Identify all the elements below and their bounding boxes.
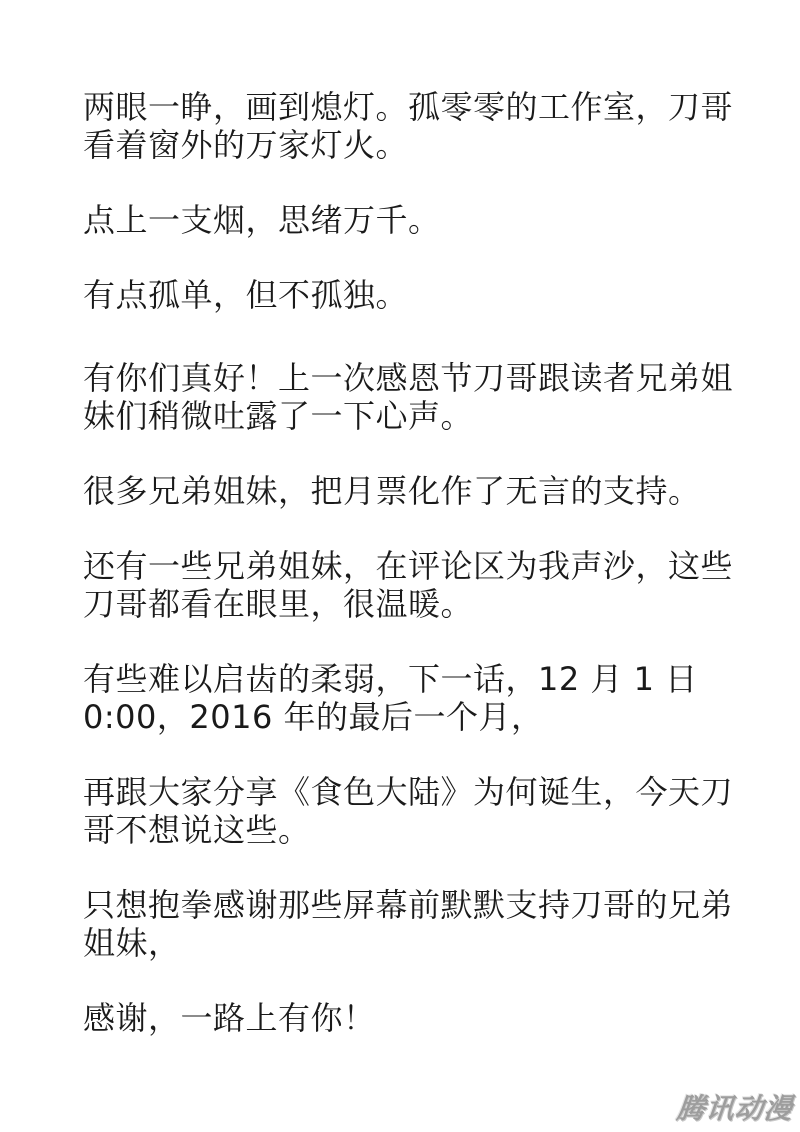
text-line: 再跟大家分享《食色大陆》为何诞生，今天刀 bbox=[83, 773, 733, 811]
text-line: 姐妹， bbox=[83, 924, 733, 962]
text-line: 有你们真好！上一次感恩节刀哥跟读者兄弟姐 bbox=[83, 359, 733, 397]
text-block: 两眼一睁，画到熄灯。孤零零的工作室，刀哥 看着窗外的万家灯火。 点上一支烟，思绪… bbox=[83, 88, 733, 1074]
paragraph-5: 很多兄弟姐妹，把月票化作了无言的支持。 bbox=[83, 472, 733, 510]
text-line: 还有一些兄弟姐妹，在评论区为我声沙，这些 bbox=[83, 547, 733, 585]
tencent-comics-watermark-logo: 腾讯动漫 bbox=[675, 1087, 795, 1127]
watermark-text: 腾讯动漫 bbox=[675, 1092, 794, 1125]
text-line: 感谢，一路上有你！ bbox=[83, 999, 733, 1037]
paragraph-10: 感谢，一路上有你！ bbox=[83, 999, 733, 1037]
text-line: 只想抱拳感谢那些屏幕前默默支持刀哥的兄弟 bbox=[83, 886, 733, 924]
text-line: 哥不想说这些。 bbox=[83, 811, 733, 849]
text-line: 看着窗外的万家灯火。 bbox=[83, 126, 733, 164]
comic-text-page: 两眼一睁，画到熄灯。孤零零的工作室，刀哥 看着窗外的万家灯火。 点上一支烟，思绪… bbox=[0, 0, 800, 1132]
paragraph-8: 再跟大家分享《食色大陆》为何诞生，今天刀 哥不想说这些。 bbox=[83, 773, 733, 849]
paragraph-1: 两眼一睁，画到熄灯。孤零零的工作室，刀哥 看着窗外的万家灯火。 bbox=[83, 88, 733, 164]
text-line: 点上一支烟，思绪万千。 bbox=[83, 201, 733, 239]
text-line: 两眼一睁，画到熄灯。孤零零的工作室，刀哥 bbox=[83, 88, 733, 126]
paragraph-7: 有些难以启齿的柔弱，下一话，12 月 1 日 0:00，2016 年的最后一个月… bbox=[83, 660, 733, 736]
text-line: 有些难以启齿的柔弱，下一话，12 月 1 日 bbox=[83, 660, 733, 698]
paragraph-3: 有点孤单，但不孤独。 bbox=[83, 276, 733, 314]
paragraph-9: 只想抱拳感谢那些屏幕前默默支持刀哥的兄弟 姐妹， bbox=[83, 886, 733, 962]
text-line: 刀哥都看在眼里，很温暖。 bbox=[83, 585, 733, 623]
paragraph-2: 点上一支烟，思绪万千。 bbox=[83, 201, 733, 239]
text-line: 很多兄弟姐妹，把月票化作了无言的支持。 bbox=[83, 472, 733, 510]
paragraph-6: 还有一些兄弟姐妹，在评论区为我声沙，这些 刀哥都看在眼里，很温暖。 bbox=[83, 547, 733, 623]
paragraph-4: 有你们真好！上一次感恩节刀哥跟读者兄弟姐 妹们稍微吐露了一下心声。 bbox=[83, 359, 733, 435]
text-line: 0:00，2016 年的最后一个月， bbox=[83, 698, 733, 736]
text-line: 有点孤单，但不孤独。 bbox=[83, 276, 733, 314]
text-line: 妹们稍微吐露了一下心声。 bbox=[83, 397, 733, 435]
